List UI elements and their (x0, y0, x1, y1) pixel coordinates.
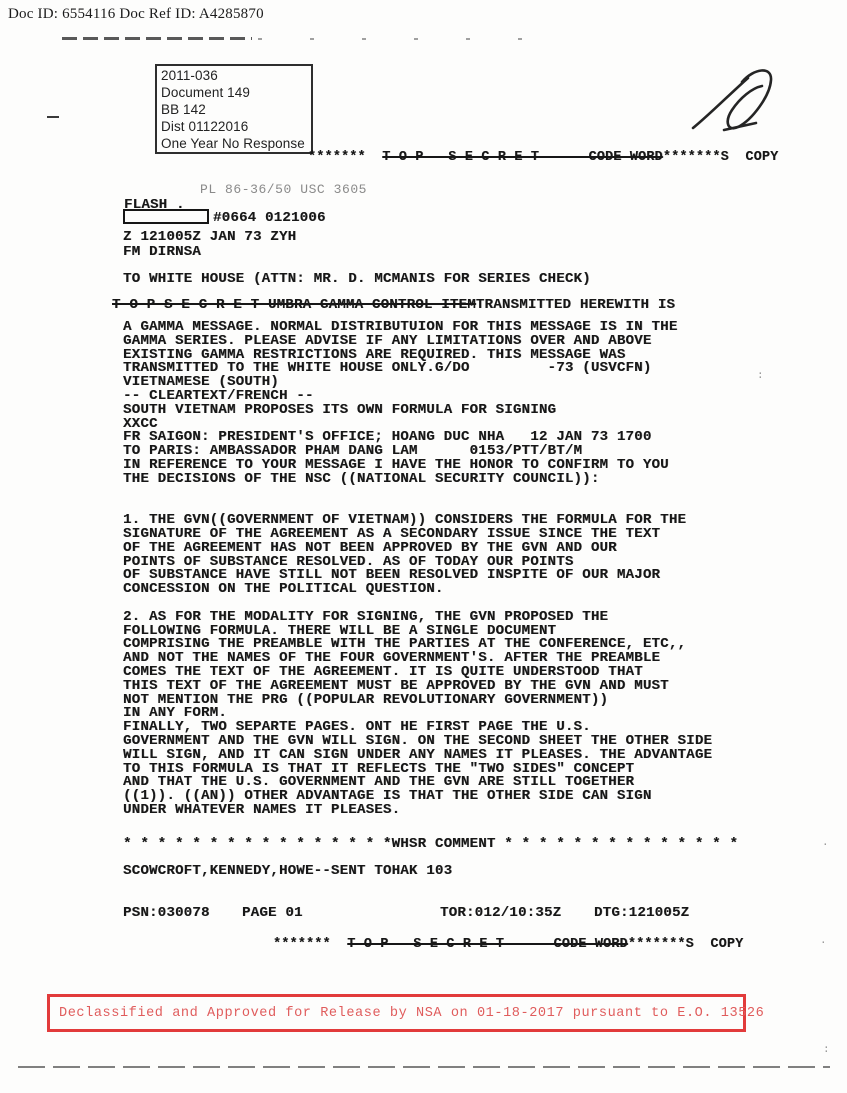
document-page: Doc ID: 6554116 Doc Ref ID: A4285870 201… (0, 0, 847, 1093)
banner-stars-left: ******* (273, 937, 347, 952)
message-number: #0664 0121006 (213, 210, 326, 226)
scan-speck: · (820, 936, 827, 949)
psn-field: PSN:030078 (123, 905, 210, 921)
classification-strikethrough: T O P S E C R E T CODE WORD (382, 150, 663, 165)
dtg-field: DTG:121005Z (594, 905, 689, 921)
doc-id-line: Doc ID: 6554116 Doc Ref ID: A4285870 (8, 6, 264, 23)
transmittal-text: TRANSMITTED HEREWITH IS (476, 297, 675, 313)
classification-banner-top: ******* T O P S E C R E T CODE WORD*****… (308, 150, 778, 165)
routing-stamp-box: 2011-036 Document 149 BB 142 Dist 011220… (155, 64, 313, 154)
whsr-comment-line: SCOWCROFT,KENNEDY,HOWE--SENT TOHAK 103 (123, 863, 452, 879)
scan-speck: : (823, 1042, 830, 1055)
scan-speck: · (822, 838, 829, 851)
control-caveat-line: T O P S E C R E T UMBRA GAMMA CONTROL IT… (112, 297, 675, 313)
declassification-notice: Declassified and Approved for Release by… (59, 1006, 764, 1021)
scan-speck: : (757, 368, 764, 381)
handwritten-initials-icon (688, 62, 788, 142)
banner-stars-right: *******S COPY (663, 150, 779, 165)
scan-artifact-dot-line (258, 38, 568, 40)
scan-artifact-margin-dash (47, 116, 59, 118)
page-number-field: PAGE 01 (242, 905, 303, 921)
banner-stars-right: *******S COPY (628, 937, 744, 952)
message-number-row: #0664 0121006 (123, 209, 326, 226)
tor-field: TOR:012/10:35Z (440, 905, 561, 921)
to-line: TO WHITE HOUSE (ATTN: MR. D. MCMANIS FOR… (123, 271, 591, 287)
banner-stars-left: ******* (308, 150, 382, 165)
scan-artifact-dash-line (62, 37, 252, 40)
scan-artifact-bottom-line (18, 1066, 830, 1068)
classification-strikethrough: T O P S E C R E T CODE WORD (347, 937, 628, 952)
classification-banner-bottom: ******* T O P S E C R E T CODE WORD*****… (273, 937, 743, 952)
message-body: A GAMMA MESSAGE. NORMAL DISTRIBUTUION FO… (123, 321, 712, 818)
pl-statute-note: PL 86-36/50 USC 3605 (200, 182, 367, 197)
declassification-banner: Declassified and Approved for Release by… (47, 994, 746, 1032)
routing-stamp-text: 2011-036 Document 149 BB 142 Dist 011220… (161, 68, 307, 153)
date-time-group-line: Z 121005Z JAN 73 ZYH (123, 229, 296, 245)
redaction-box (123, 209, 209, 224)
caveat-strikethrough: T O P S E C R E T UMBRA GAMMA CONTROL IT… (112, 297, 476, 313)
from-line: FM DIRNSA (123, 244, 201, 260)
whsr-comment-separator: * * * * * * * * * * * * * * * *WHSR COMM… (123, 836, 738, 852)
